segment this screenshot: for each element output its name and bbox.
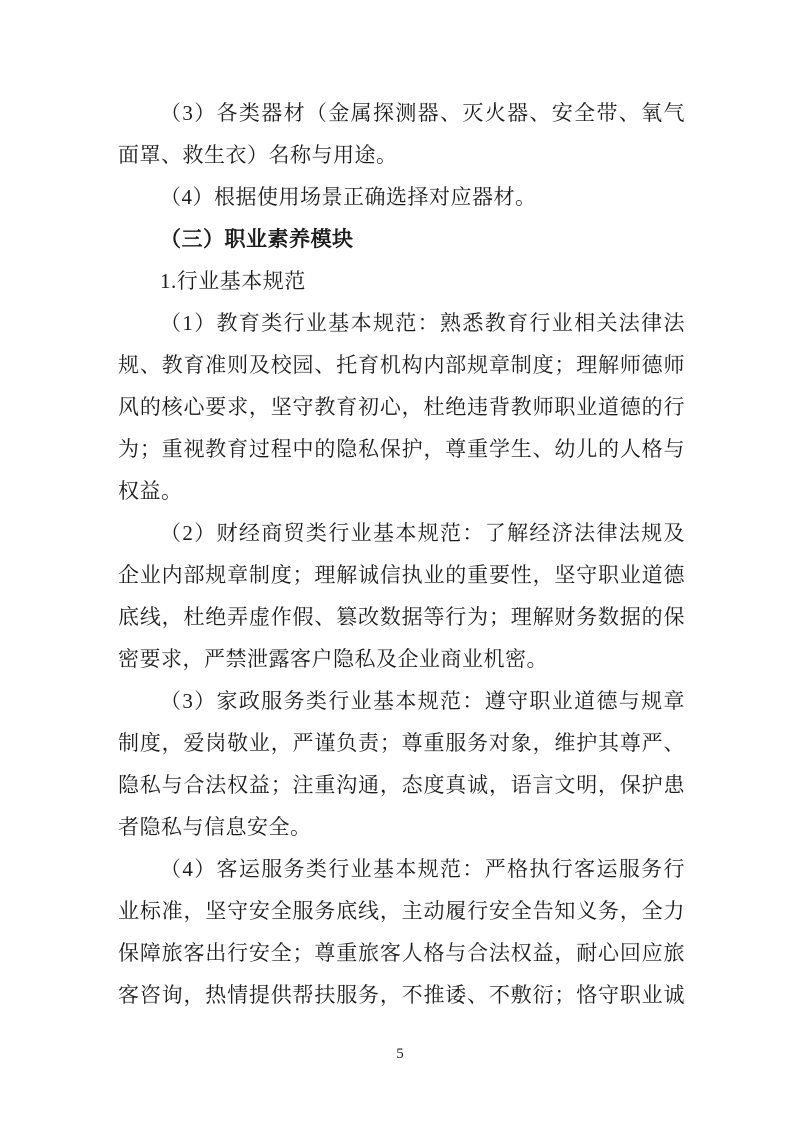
text-line: 密要求，严禁泄露客户隐私及企业商业机密。: [118, 638, 685, 680]
text-line: 业标准，坚守安全服务底线，主动履行安全告知义务，全力: [118, 890, 685, 932]
text-line: 底线，杜绝弄虚作假、篡改数据等行为；理解财务数据的保: [118, 596, 685, 638]
page-number: 5: [396, 1046, 404, 1062]
text-line: 权益。: [118, 470, 685, 512]
text-line: 保障旅客出行安全；尊重旅客人格与合法权益，耐心回应旅: [118, 932, 685, 974]
text-line: 为；重视教育过程中的隐私保护，尊重学生、幼儿的人格与: [118, 428, 685, 470]
text-line: （三）职业素养模块: [118, 218, 685, 260]
text-line: （3）家政服务类行业基本规范：遵守职业道德与规章: [118, 680, 685, 722]
text-line: 者隐私与信息安全。: [118, 806, 685, 848]
text-line: 企业内部规章制度；理解诚信执业的重要性，坚守职业道德: [118, 554, 685, 596]
text-line: （1）教育类行业基本规范：熟悉教育行业相关法律法: [118, 302, 685, 344]
page: { "page": { "background": "#ffffff", "te…: [0, 0, 800, 1131]
text-line: 制度，爱岗敬业，严谨负责；尊重服务对象，维护其尊严、: [118, 722, 685, 764]
text-line: （4）客运服务类行业基本规范：严格执行客运服务行: [118, 848, 685, 890]
text-line: （3）各类器材（金属探测器、灭火器、安全带、氧气: [118, 92, 685, 134]
document-body: （3）各类器材（金属探测器、灭火器、安全带、氧气面罩、救生衣）名称与用途。（4）…: [118, 92, 685, 1016]
text-line: 风的核心要求，坚守教育初心，杜绝违背教师职业道德的行: [118, 386, 685, 428]
text-line: 规、教育准则及校园、托育机构内部规章制度；理解师德师: [118, 344, 685, 386]
text-line: 客咨询，热情提供帮扶服务，不推诿、不敷衍；恪守职业诚: [118, 974, 685, 1016]
text-line: 隐私与合法权益；注重沟通，态度真诚，语言文明，保护患: [118, 764, 685, 806]
page-footer: 5: [0, 1043, 800, 1065]
text-line: 面罩、救生衣）名称与用途。: [118, 134, 685, 176]
text-line: （4）根据使用场景正确选择对应器材。: [118, 176, 685, 218]
text-line: （2）财经商贸类行业基本规范：了解经济法律法规及: [118, 512, 685, 554]
text-line: 1.行业基本规范: [118, 260, 685, 302]
